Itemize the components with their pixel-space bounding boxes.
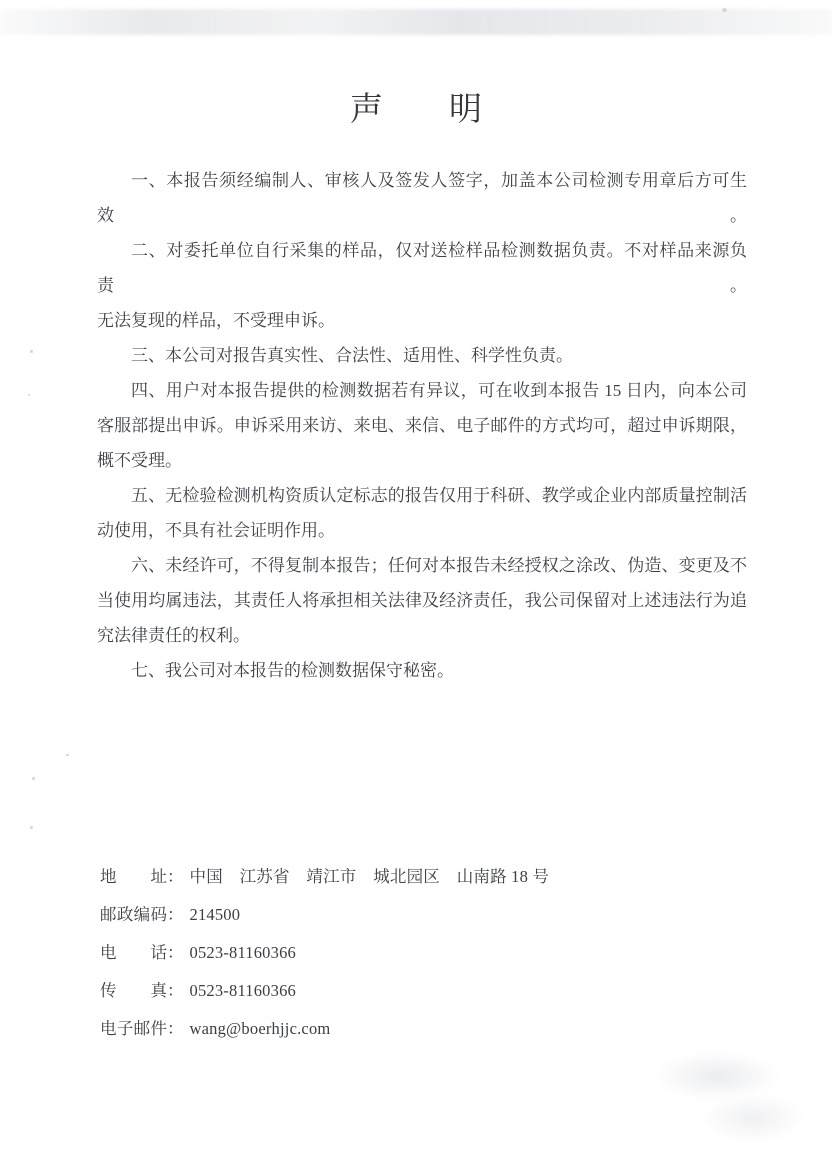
document-title: 声 明 bbox=[0, 90, 832, 130]
contact-row-postcode: 邮政编码：214500 bbox=[100, 896, 549, 934]
contact-value-email: wang@boerhjjc.com bbox=[190, 1019, 331, 1038]
scan-speck bbox=[722, 8, 727, 12]
text-line: 究法律责任的权利。 bbox=[97, 618, 747, 653]
text-line: 七、我公司对本报告的检测数据保守秘密。 bbox=[97, 653, 747, 688]
text-line: 无法复现的样品，不受理申诉。 bbox=[97, 303, 747, 338]
contact-row-address: 地址：中国 江苏省 靖江市 城北园区 山南路 18 号 bbox=[100, 858, 549, 896]
text-line: 六、未经许可，不得复制本报告；任何对本报告未经授权之涂改、伪造、变更及不 bbox=[97, 548, 747, 583]
contact-label: 电话 bbox=[100, 934, 167, 972]
contact-colon: ： bbox=[167, 981, 184, 1000]
text-line: 二、对委托单位自行采集的样品，仅对送检样品检测数据负责。不对样品来源负责。 bbox=[97, 233, 747, 303]
declaration-paragraph-5: 五、无检验检测机构资质认定标志的报告仅用于科研、教学或企业内部质量控制活 动使用… bbox=[97, 478, 747, 548]
declaration-paragraph-6: 六、未经许可，不得复制本报告；任何对本报告未经授权之涂改、伪造、变更及不 当使用… bbox=[97, 548, 747, 653]
scanned-declaration-page: { "colors": { "paper": "#ffffff", "ink":… bbox=[0, 0, 832, 1169]
contact-row-email: 电子邮件：wang@boerhjjc.com bbox=[100, 1010, 549, 1048]
contact-label: 传真 bbox=[100, 972, 167, 1010]
declaration-body: 一、本报告须经编制人、审核人及签发人签字，加盖本公司检测专用章后方可生效。 二、… bbox=[97, 163, 747, 688]
scan-artifact-top-band bbox=[0, 9, 832, 35]
declaration-paragraph-3: 三、本公司对报告真实性、合法性、适用性、科学性负责。 bbox=[97, 338, 747, 373]
scan-speck bbox=[30, 350, 33, 353]
contact-value-fax: 0523-81160366 bbox=[190, 981, 296, 1000]
text-line: 四、用户对本报告提供的检测数据若有异议，可在收到本报告 15 日内，向本公司 bbox=[97, 373, 747, 408]
text-line: 一、本报告须经编制人、审核人及签发人签字，加盖本公司检测专用章后方可生效。 bbox=[97, 163, 747, 233]
text-line: 五、无检验检测机构资质认定标志的报告仅用于科研、教学或企业内部质量控制活 bbox=[97, 478, 747, 513]
contact-value-postcode: 214500 bbox=[190, 905, 241, 924]
scan-artifact-bottom-right bbox=[588, 1033, 828, 1153]
scan-speck bbox=[28, 394, 30, 396]
scan-speck bbox=[30, 826, 33, 829]
scan-speck bbox=[32, 777, 35, 780]
text-line: 概不受理。 bbox=[97, 443, 747, 478]
contact-colon: ： bbox=[167, 905, 184, 924]
contact-label: 地址 bbox=[100, 858, 167, 896]
text-line: 三、本公司对报告真实性、合法性、适用性、科学性负责。 bbox=[97, 338, 747, 373]
contact-block: 地址：中国 江苏省 靖江市 城北园区 山南路 18 号 邮政编码：214500 … bbox=[100, 858, 549, 1048]
declaration-paragraph-4: 四、用户对本报告提供的检测数据若有异议，可在收到本报告 15 日内，向本公司 客… bbox=[97, 373, 747, 478]
scan-speck bbox=[66, 754, 69, 756]
contact-colon: ： bbox=[167, 1019, 184, 1038]
contact-label: 电子邮件 bbox=[100, 1010, 167, 1048]
contact-label: 邮政编码 bbox=[100, 896, 167, 934]
contact-row-phone: 电话：0523-81160366 bbox=[100, 934, 549, 972]
contact-value-address: 中国 江苏省 靖江市 城北园区 山南路 18 号 bbox=[190, 867, 550, 886]
text-line: 当使用均属违法，其责任人将承担相关法律及经济责任，我公司保留对上述违法行为追 bbox=[97, 583, 747, 618]
text-line: 客服部提出申诉。申诉采用来访、来电、来信、电子邮件的方式均可，超过申诉期限， bbox=[97, 408, 747, 443]
contact-value-phone: 0523-81160366 bbox=[190, 943, 296, 962]
contact-colon: ： bbox=[167, 867, 184, 886]
text-line: 动使用，不具有社会证明作用。 bbox=[97, 513, 747, 548]
declaration-paragraph-2: 二、对委托单位自行采集的样品，仅对送检样品检测数据负责。不对样品来源负责。 无法… bbox=[97, 233, 747, 338]
contact-colon: ： bbox=[167, 943, 184, 962]
declaration-paragraph-7: 七、我公司对本报告的检测数据保守秘密。 bbox=[97, 653, 747, 688]
contact-row-fax: 传真：0523-81160366 bbox=[100, 972, 549, 1010]
declaration-paragraph-1: 一、本报告须经编制人、审核人及签发人签字，加盖本公司检测专用章后方可生效。 bbox=[97, 163, 747, 233]
